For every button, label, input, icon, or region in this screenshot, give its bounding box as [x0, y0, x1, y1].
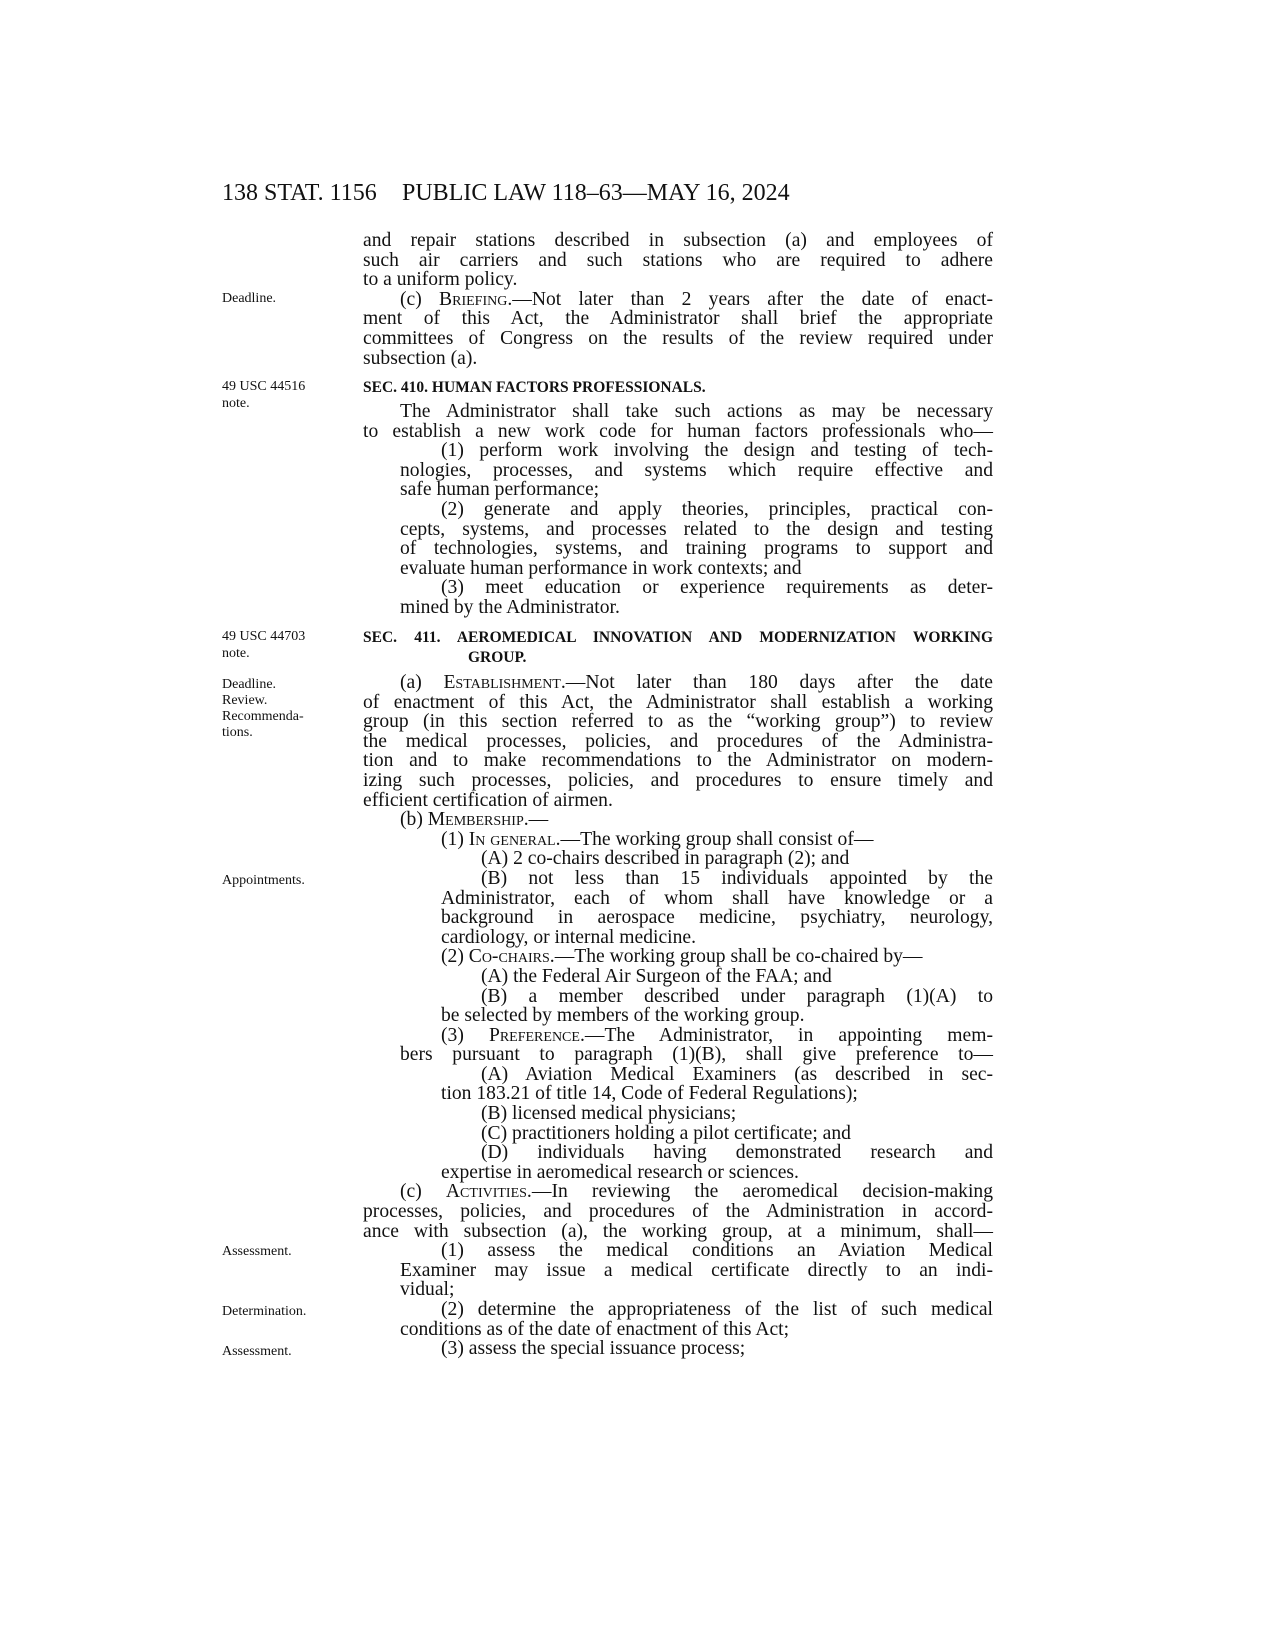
- page-header: 138 STAT. 1156 PUBLIC LAW 118–63—MAY 16,…: [222, 180, 1012, 214]
- briefing-subsection: (c) Briefing.—Not later than 2 years aft…: [363, 290, 993, 310]
- margin-note: Review.: [222, 692, 267, 709]
- margin-note: Recommenda-: [222, 708, 304, 725]
- margin-note: Deadline.: [222, 676, 276, 693]
- section-411-text: (a) Establishment.—Not later than 180 da…: [363, 673, 993, 1359]
- section-410: SEC. 410. HUMAN FACTORS PROFESSIONALS.: [363, 378, 993, 398]
- margin-note: Appointments.: [222, 872, 305, 889]
- margin-note: 49 USC 44703: [222, 628, 305, 645]
- section-heading: SEC. 411. AEROMEDICAL INNOVATION AND MOD…: [363, 628, 993, 648]
- margin-note: note.: [222, 395, 250, 412]
- margin-note: note.: [222, 645, 250, 662]
- margin-note: tions.: [222, 724, 253, 741]
- public-law-title: PUBLIC LAW 118–63—MAY 16, 2024: [402, 180, 790, 207]
- section-410-text: The Administrator shall take such action…: [363, 402, 993, 618]
- margin-note: Assessment.: [222, 1343, 292, 1360]
- statute-page-number: 138 STAT. 1156: [222, 180, 377, 207]
- margin-note: Assessment.: [222, 1243, 292, 1260]
- margin-note: Deadline.: [222, 290, 276, 307]
- margin-note: 49 USC 44516: [222, 378, 305, 395]
- continued-paragraph: and repair stations described in subsect…: [363, 231, 993, 368]
- section-411: SEC. 411. AEROMEDICAL INNOVATION AND MOD…: [363, 628, 993, 667]
- margin-note: Determination.: [222, 1303, 306, 1320]
- section-heading: SEC. 410. HUMAN FACTORS PROFESSIONALS.: [363, 378, 993, 398]
